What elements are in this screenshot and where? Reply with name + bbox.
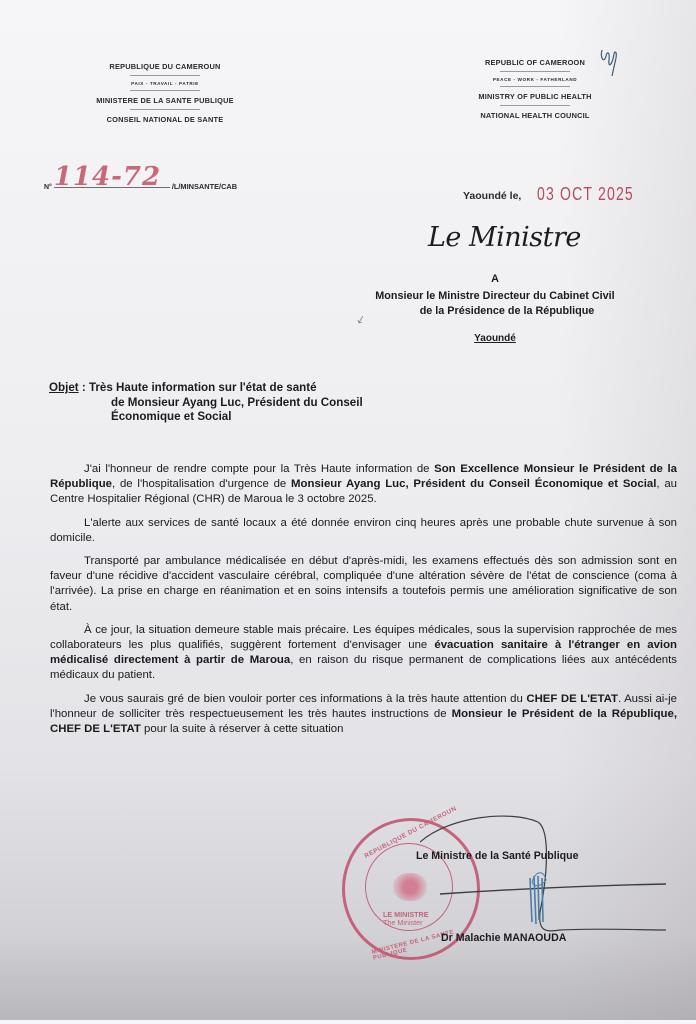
header-french: REPUBLIQUE DU CAMEROUN PAIX - TRAVAIL - … xyxy=(80,62,250,124)
date-place-label: Yaoundé le, xyxy=(463,190,521,202)
scanned-letter: REPUBLIQUE DU CAMEROUN PAIX - TRAVAIL - … xyxy=(0,0,696,1024)
subject-line1: Très Haute information sur l'état de san… xyxy=(89,381,317,394)
sender-title: Le Ministre xyxy=(428,222,581,253)
handwritten-signature-icon xyxy=(420,812,670,952)
page-edge xyxy=(0,1020,696,1024)
letter-body: J'ai l'honneur de rendre compte pour la … xyxy=(50,462,677,745)
recipient-to: A xyxy=(330,272,660,287)
header-divider xyxy=(130,109,200,110)
subject-separator: : xyxy=(79,381,89,394)
header-divider xyxy=(500,86,570,87)
text: J'ai l'honneur de rendre compte pour la … xyxy=(84,463,434,475)
header-en-ministry: MINISTRY OF PUBLIC HEALTH xyxy=(460,92,610,101)
bold-text: Monsieur Ayang Luc, Président du Conseil… xyxy=(291,478,656,490)
text: , de l'hospitalisation d'urgence de xyxy=(112,478,291,490)
signatory-name: Dr Malachie MANAOUDA xyxy=(441,932,566,944)
header-divider xyxy=(500,71,570,72)
subject-line2: de Monsieur Ayang Luc, Président du Cons… xyxy=(49,396,363,411)
date-stamp: 03 OCT 2025 xyxy=(537,184,634,205)
bold-text: CHEF DE L'ETAT xyxy=(526,693,618,705)
header-en-council: NATIONAL HEALTH COUNCIL xyxy=(460,111,610,120)
signatory-title: Le Ministre de la Santé Publique xyxy=(416,850,578,862)
header-en-motto: PEACE - WORK - FATHERLAND xyxy=(460,77,610,82)
header-fr-motto: PAIX - TRAVAIL - PATRIE xyxy=(80,81,250,86)
paragraph-5: Je vous saurais gré de bien vouloir port… xyxy=(50,692,677,738)
seal-center-line2: The Minister xyxy=(383,918,423,927)
paragraph-2: L'alerte aux services de santé locaux a … xyxy=(50,516,677,546)
recipient-line2: de la Présidence de la République xyxy=(330,304,660,319)
text: pour la suite à réserver à cette situati… xyxy=(141,723,344,735)
reference-number: N° 114-72/L/MINSANTE/CAB xyxy=(44,170,237,191)
reference-suffix: /L/MINSANTE/CAB xyxy=(172,182,237,191)
reference-prefix: N° xyxy=(44,184,52,191)
header-divider xyxy=(500,105,570,106)
header-fr-country: REPUBLIQUE DU CAMEROUN xyxy=(80,62,250,71)
header-english: REPUBLIC OF CAMEROON PEACE - WORK - FATH… xyxy=(460,58,610,120)
initials-mark-icon xyxy=(598,48,620,78)
paragraph-1: J'ai l'honneur de rendre compte pour la … xyxy=(50,462,677,508)
text: Je vous saurais gré de bien vouloir port… xyxy=(84,693,526,705)
recipient-block: A Monsieur le Ministre Directeur du Cabi… xyxy=(330,272,660,346)
subject-line3: Économique et Social xyxy=(49,410,363,425)
header-divider xyxy=(130,75,200,76)
header-fr-ministry: MINISTERE DE LA SANTE PUBLIQUE xyxy=(80,96,250,105)
paragraph-4: À ce jour, la situation demeure stable m… xyxy=(50,623,677,684)
recipient-line1: Monsieur le Ministre Directeur du Cabine… xyxy=(375,290,614,302)
header-divider xyxy=(130,90,200,91)
header-fr-council: CONSEIL NATIONAL DE SANTE xyxy=(80,115,250,124)
recipient-city: Yaoundé xyxy=(330,331,660,346)
subject-label: Objet xyxy=(49,381,79,394)
paragraph-3: Transporté par ambulance médicalisée en … xyxy=(50,554,677,615)
header-en-country: REPUBLIC OF CAMEROON xyxy=(460,58,610,67)
subject-block: Objet : Très Haute information sur l'éta… xyxy=(49,381,363,425)
reference-handwritten-number: 114-72 xyxy=(54,167,170,188)
